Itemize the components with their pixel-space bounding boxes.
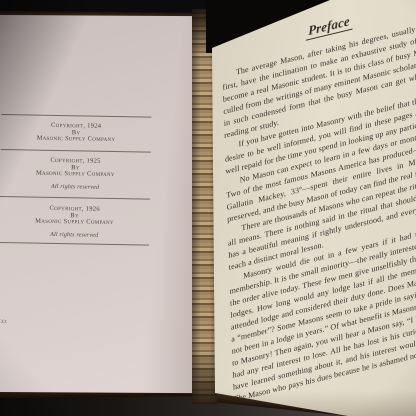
copyright-block-1926: Copyright, 1926 By Masonic Supply Compan… xyxy=(0,205,150,239)
company-line: Masonic Supply Company xyxy=(0,218,150,227)
printer-imprint: D — MFG. CO. xyxy=(0,313,14,326)
preface-title-text: Preface xyxy=(305,12,353,40)
copyright-block-1925: Copyright, 1925 By Masonic Supply Compan… xyxy=(0,157,151,191)
copyright-block-1924: Copyright, 1924 By Masonic Supply Compan… xyxy=(1,122,151,144)
imprint-line: MFG. CO. xyxy=(0,319,14,326)
preface-text-block: Preface The average Mason, after taking … xyxy=(221,0,416,406)
divider-rule xyxy=(1,114,151,118)
rights-line: All rights reserved xyxy=(0,183,150,192)
company-line: Masonic Supply Company xyxy=(1,135,151,144)
rights-line: All rights reserved xyxy=(0,231,149,240)
company-line: Masonic Supply Company xyxy=(0,170,150,179)
left-page-copyright: Copyright, 1924 By Masonic Supply Compan… xyxy=(0,15,197,393)
divider-rule xyxy=(1,149,151,153)
open-book-photo: Copyright, 1924 By Masonic Supply Compan… xyxy=(0,0,416,416)
copyright-notices: Copyright, 1924 By Masonic Supply Compan… xyxy=(0,106,152,254)
divider-rule xyxy=(0,196,150,200)
divider-rule xyxy=(0,242,149,246)
